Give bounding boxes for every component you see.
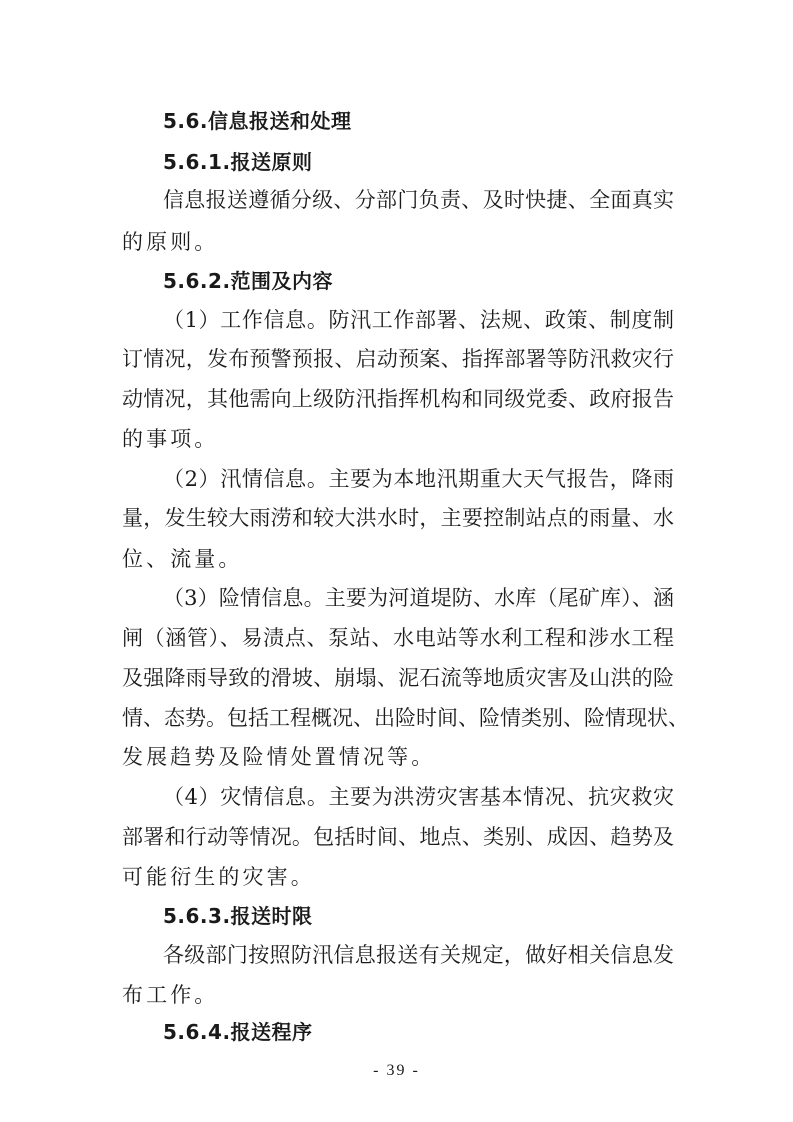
paragraph-line: 情、态势。包括工程概况、出险时间、险情类别、险情现状、 — [122, 704, 674, 732]
paragraph-line: 的事项。 — [122, 425, 674, 453]
paragraph-line: 可能衍生的灾害。 — [122, 863, 674, 891]
page-number: - 39 - — [0, 1062, 793, 1080]
section-heading-5-6-2: 5.6.2.范围及内容 — [163, 267, 715, 295]
paragraph-line: 量，发生较大雨涝和较大洪水时，主要控制站点的雨量、水 — [122, 504, 674, 532]
paragraph-line: 订情况，发布预警预报、启动预案、指挥部署等防汛救灾行 — [122, 345, 674, 373]
paragraph-line: 各级部门按照防汛信息报送有关规定，做好相关信息发 — [163, 941, 674, 969]
paragraph-line: 信息报送遵循分级、分部门负责、及时快捷、全面真实 — [163, 186, 674, 214]
paragraph-line: （4）灾情信息。主要为洪涝灾害基本情况、抗灾救灾 — [163, 783, 674, 811]
paragraph-line: （3）险情信息。主要为河道堤防、水库（尾矿库）、涵 — [163, 584, 674, 612]
paragraph-line: 部署和行动等情况。包括时间、地点、类别、成因、趋势及 — [122, 823, 674, 851]
paragraph-line: 位、流量。 — [122, 545, 674, 573]
paragraph-line: （1）工作信息。防汛工作部署、法规、政策、制度制 — [163, 306, 674, 334]
paragraph-line: 及强降雨导致的滑坡、崩塌、泥石流等地质灾害及山洪的险 — [122, 664, 674, 692]
section-heading-5-6-3: 5.6.3.报送时限 — [163, 902, 715, 930]
paragraph-line: （2）汛情信息。主要为本地汛期重大天气报告，降雨 — [163, 465, 674, 493]
section-heading-5-6-1: 5.6.1.报送原则 — [163, 148, 715, 176]
section-heading-5-6-4: 5.6.4.报送程序 — [163, 1018, 715, 1046]
paragraph-line: 布工作。 — [122, 981, 674, 1009]
paragraph-line: 的原则。 — [122, 228, 674, 256]
paragraph-line: 闸（涵管）、易渍点、泵站、水电站等水利工程和涉水工程 — [122, 624, 674, 652]
document-page: 5.6.信息报送和处理 5.6.1.报送原则 信息报送遵循分级、分部门负责、及时… — [0, 0, 793, 1122]
section-heading-5-6: 5.6.信息报送和处理 — [163, 107, 715, 135]
paragraph-line: 动情况，其他需向上级防汛指挥机构和同级党委、政府报告 — [122, 385, 674, 413]
paragraph-line: 发展趋势及险情处置情况等。 — [122, 743, 674, 771]
